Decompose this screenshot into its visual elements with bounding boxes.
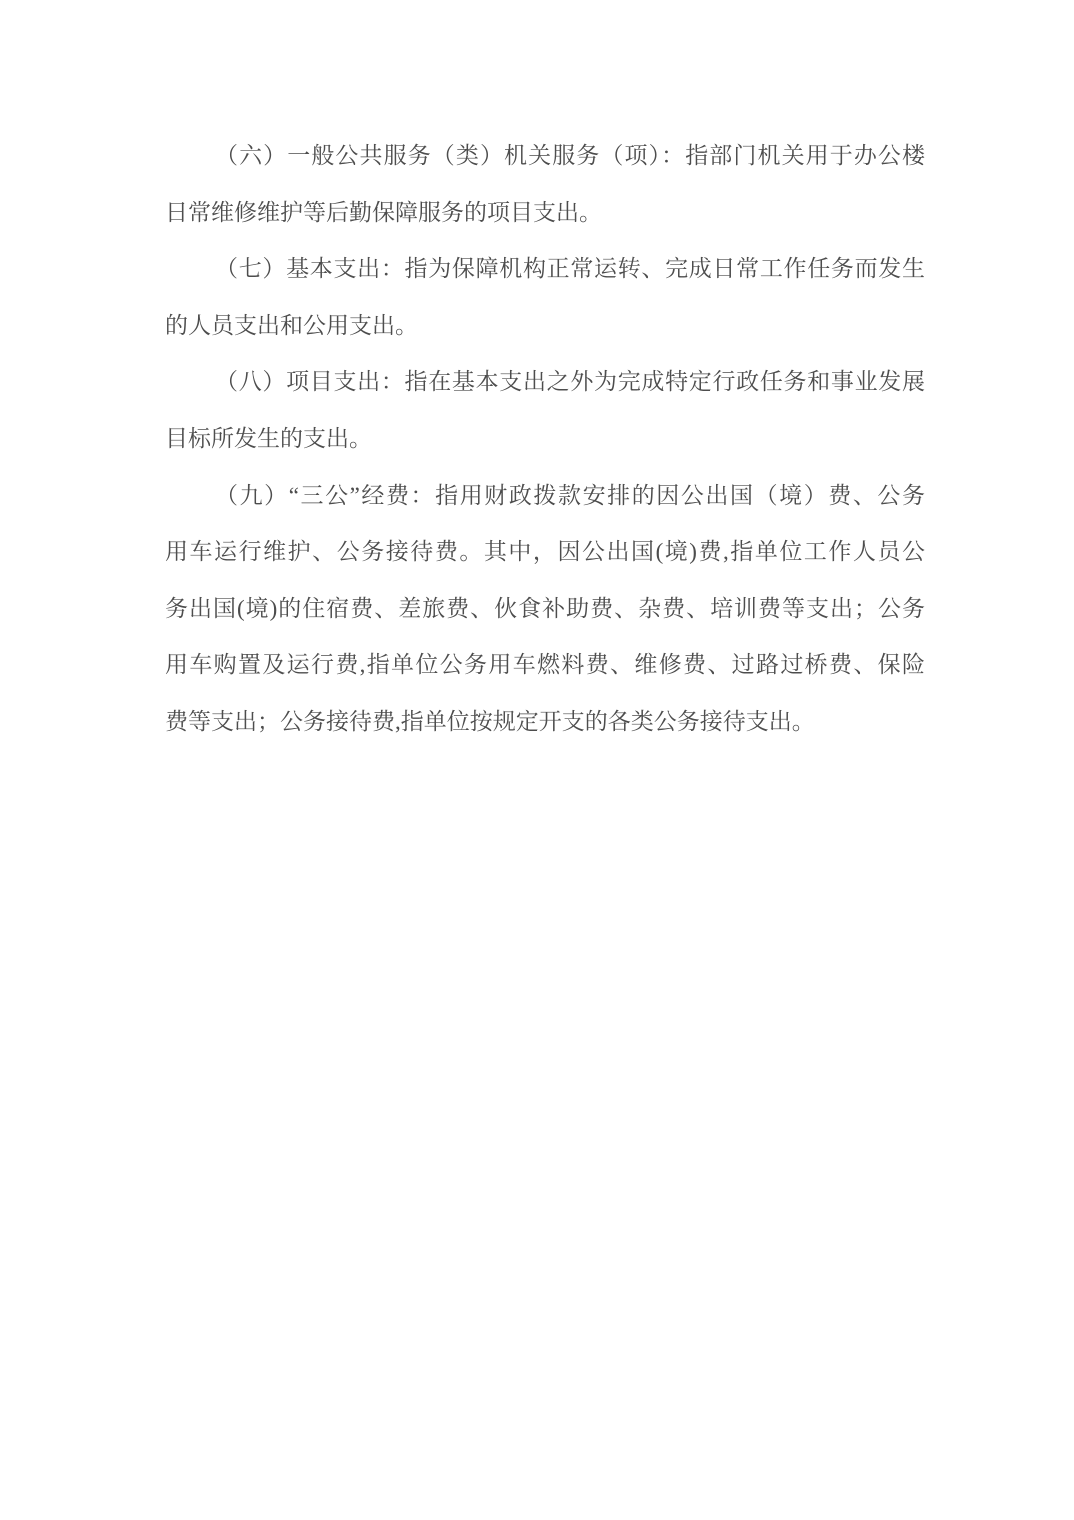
text-line: 日常维修维护等后勤保障服务的项目支出。 bbox=[165, 185, 925, 242]
paragraph-item-9: （九）“三公”经费：指用财政拨款安排的因公出国（境）费、公务 用车运行维护、公务… bbox=[165, 468, 925, 751]
text-line: 费等支出；公务接待费,指单位按规定开支的各类公务接待支出。 bbox=[165, 694, 925, 751]
text-line: 用车购置及运行费,指单位公务用车燃料费、维修费、过路过桥费、保险 bbox=[165, 637, 925, 694]
paragraph-item-6: （六）一般公共服务（类）机关服务（项）：指部门机关用于办公楼 日常维修维护等后勤… bbox=[165, 128, 925, 241]
text-line: （八）项目支出：指在基本支出之外为完成特定行政任务和事业发展 bbox=[165, 354, 925, 411]
text-line: （七）基本支出：指为保障机构正常运转、完成日常工作任务而发生 bbox=[165, 241, 925, 298]
text-line: （六）一般公共服务（类）机关服务（项）：指部门机关用于办公楼 bbox=[165, 128, 925, 185]
paragraph-item-7: （七）基本支出：指为保障机构正常运转、完成日常工作任务而发生 的人员支出和公用支… bbox=[165, 241, 925, 354]
text-line: 目标所发生的支出。 bbox=[165, 411, 925, 468]
text-line: 务出国(境)的住宿费、差旅费、伙食补助费、杂费、培训费等支出；公务 bbox=[165, 581, 925, 638]
document-body: （六）一般公共服务（类）机关服务（项）：指部门机关用于办公楼 日常维修维护等后勤… bbox=[165, 128, 925, 751]
text-line: 的人员支出和公用支出。 bbox=[165, 298, 925, 355]
paragraph-item-8: （八）项目支出：指在基本支出之外为完成特定行政任务和事业发展 目标所发生的支出。 bbox=[165, 354, 925, 467]
document-page: （六）一般公共服务（类）机关服务（项）：指部门机关用于办公楼 日常维修维护等后勤… bbox=[0, 0, 1074, 1520]
text-line: （九）“三公”经费：指用财政拨款安排的因公出国（境）费、公务 bbox=[165, 468, 925, 525]
text-line: 用车运行维护、公务接待费。其中，因公出国(境)费,指单位工作人员公 bbox=[165, 524, 925, 581]
